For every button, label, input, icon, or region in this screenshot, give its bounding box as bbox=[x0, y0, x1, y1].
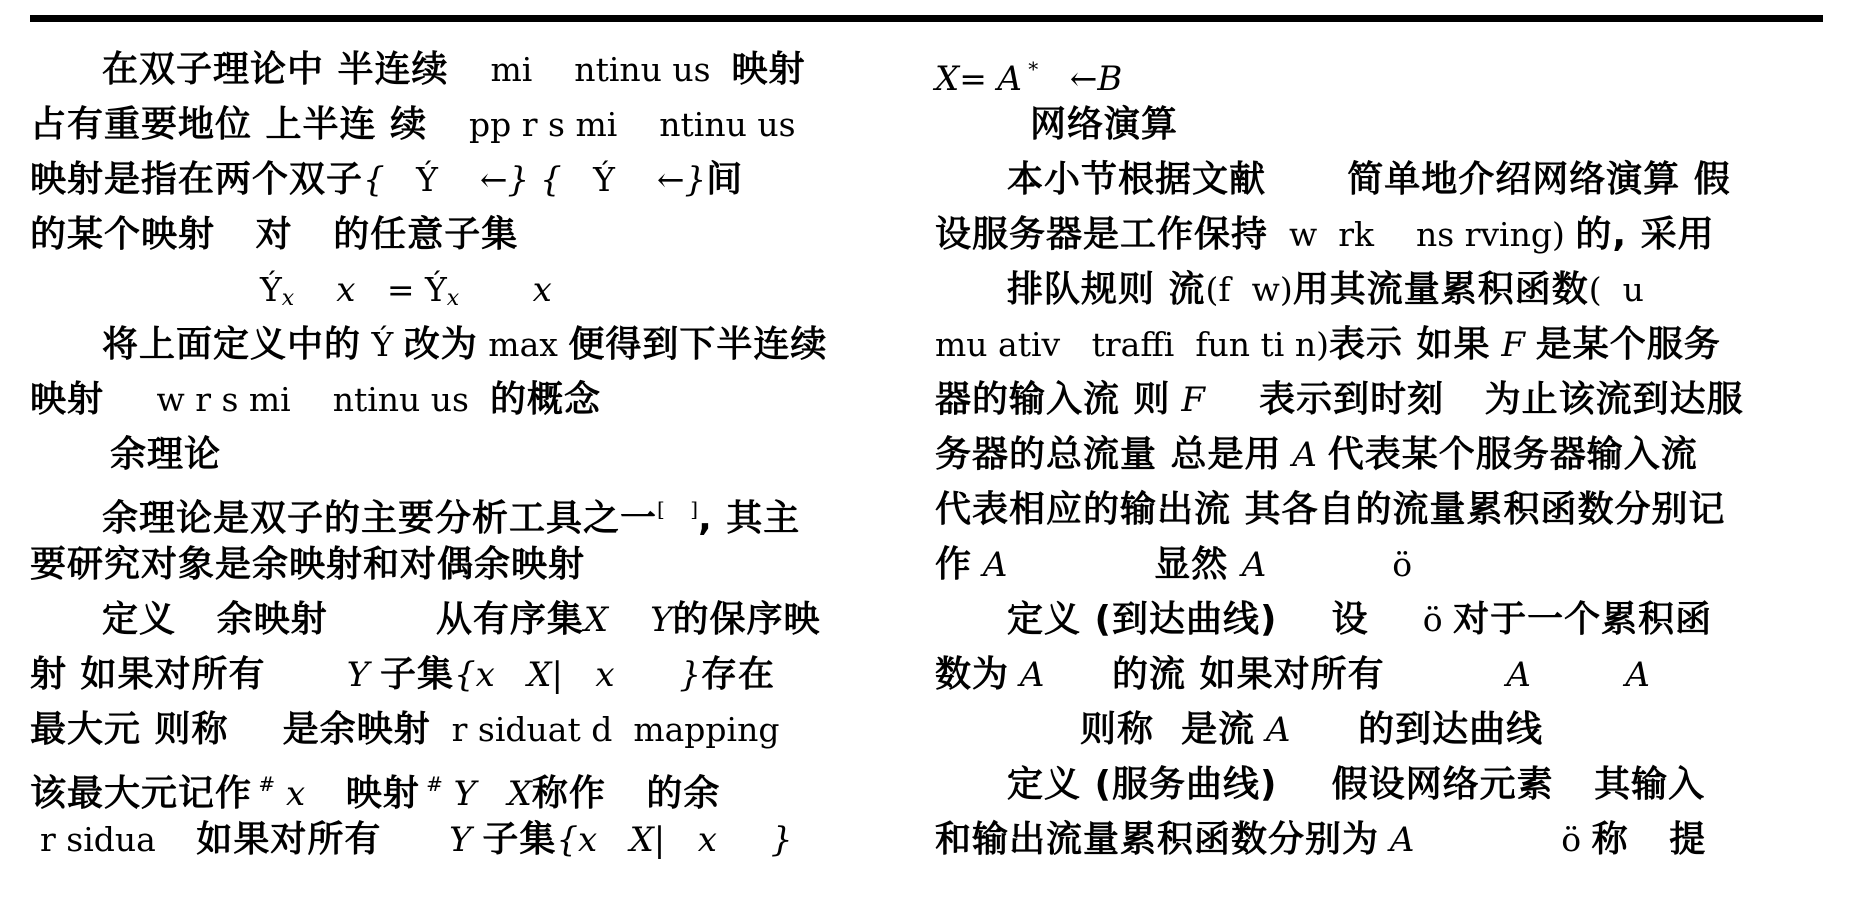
text-segment: w rk ns rving) bbox=[1268, 215, 1575, 254]
text-line: 定义 余映射 从有序集X Y的保序映 bbox=[30, 592, 930, 647]
text-segment: 显然 bbox=[1154, 544, 1242, 585]
text-segment: Y bbox=[443, 774, 476, 814]
text-segment: 映射是指在两个双子 bbox=[30, 159, 363, 200]
text-segment: 射 如果对所有 bbox=[30, 654, 347, 695]
text-segment: 子集 bbox=[380, 654, 454, 695]
text-segment: 存在 bbox=[701, 654, 775, 695]
text-segment: x bbox=[275, 774, 305, 814]
text-segment: (f w) bbox=[1206, 270, 1293, 309]
text-line: X= A * ←B bbox=[935, 42, 1860, 97]
text-segment: A bbox=[997, 59, 1022, 99]
text-segment: 表示到时刻 为止该流到达服 bbox=[1205, 379, 1744, 420]
text-line: 定义 (到达曲线) 设 ö 对于一个累积函 bbox=[935, 592, 1860, 647]
text-segment: 定义 余映射 从有序集 bbox=[102, 599, 584, 640]
text-segment: 表示 如果 bbox=[1329, 324, 1491, 365]
text-segment: 将上面定义中的 bbox=[102, 324, 361, 365]
text-segment: ö bbox=[1423, 600, 1453, 639]
text-segment bbox=[476, 774, 507, 813]
text-segment: x bbox=[533, 270, 552, 310]
text-segment: 最大元 则称 是余映射 bbox=[30, 709, 431, 750]
text-segment: 的流 如果对所有 bbox=[1044, 654, 1506, 695]
text-segment: 称 提 bbox=[1592, 819, 1707, 860]
text-segment: A bbox=[1506, 655, 1531, 695]
text-line: 在双子理论中 半连续 mi ntinu us 映射 bbox=[30, 42, 930, 97]
text-segment: 余理论是双子的主要分析工具之一 bbox=[102, 498, 657, 539]
text-segment: * bbox=[1022, 57, 1038, 81]
text-segment: 改为 bbox=[404, 324, 478, 365]
text-line: 作 A 显然 A ö bbox=[935, 537, 1860, 592]
text-line: 则称 是流 A 的到达曲线 bbox=[935, 702, 1860, 757]
text-segment: A bbox=[1009, 655, 1044, 695]
text-line: 本小节根据文献 简单地介绍网络演算 假 bbox=[935, 152, 1860, 207]
text-segment: F bbox=[1491, 325, 1536, 365]
text-segment: 用其流量累积函数 bbox=[1293, 269, 1589, 310]
text-segment: 子集 bbox=[482, 819, 556, 860]
text-segment: ö bbox=[1561, 820, 1591, 859]
text-segment: 是某个服务 bbox=[1536, 324, 1721, 365]
text-line: 定义 (服务曲线) 假设网络元素 其输入 bbox=[935, 757, 1860, 812]
right-text-column: X= A * ←B网络演算本小节根据文献 简单地介绍网络演算 假设服务器是工作保… bbox=[935, 42, 1860, 867]
text-segment: 排队规则 流 bbox=[1007, 269, 1206, 310]
text-segment: 的概念 bbox=[490, 379, 601, 420]
text-segment: 的保序映 bbox=[673, 599, 821, 640]
text-segment: max bbox=[478, 325, 569, 364]
text-segment: 本小节根据文献 简单地介绍网络演算 假 bbox=[1007, 159, 1731, 200]
text-line: 要研究对象是余映射和对偶余映射 bbox=[30, 537, 930, 592]
text-segment: 映射 bbox=[30, 379, 104, 420]
text-segment: 间 bbox=[706, 159, 743, 200]
text-segment bbox=[1007, 545, 1154, 584]
text-line: 映射是指在两个双子{ Ý ←} { Ý ←}间 bbox=[30, 152, 930, 207]
text-segment: 则称 是流 bbox=[1080, 709, 1255, 750]
text-segment: {x X| x } bbox=[556, 820, 792, 860]
text-segment: = Ý bbox=[355, 270, 446, 309]
text-segment: 便得到下半连续 bbox=[568, 324, 827, 365]
text-segment: 称作 的余 bbox=[532, 773, 721, 814]
text-segment: 定义 (到达曲线) 设 bbox=[1007, 599, 1423, 640]
text-line: 最大元 则称 是余映射 r siduat d mapping bbox=[30, 702, 930, 757]
text-segment: 代表某个服务器输入流 bbox=[1328, 434, 1698, 475]
text-line: 该最大元记作 # x 映射 # Y X称作 的余 bbox=[30, 757, 930, 812]
text-segment: 要研究对象是余映射和对偶余映射 bbox=[30, 544, 585, 585]
text-line: 代表相应的输出流 其各自的流量累积函数分别记 bbox=[935, 482, 1860, 537]
text-segment: # bbox=[252, 772, 275, 796]
text-line: 射 如果对所有 Y 子集{x X| x }存在 bbox=[30, 647, 930, 702]
text-line: 占有重要地位 上半连 续 pp r s mi ntinu us bbox=[30, 97, 930, 152]
text-line: 排队规则 流(f w)用其流量累积函数( u bbox=[935, 262, 1860, 317]
text-segment: r siduat d mapping bbox=[431, 710, 780, 749]
text-line: 将上面定义中的 Ý 改为 max 便得到下半连续 bbox=[30, 317, 930, 372]
text-segment: } { bbox=[508, 160, 562, 200]
text-segment: w r s mi ntinu us bbox=[104, 380, 490, 419]
text-segment: ö bbox=[1392, 545, 1412, 584]
text-segment: = bbox=[959, 59, 997, 98]
text-line: 数为 A 的流 如果对所有 A A bbox=[935, 647, 1860, 702]
text-segment: B bbox=[1097, 59, 1122, 99]
text-segment: 映射 bbox=[305, 773, 420, 814]
text-segment: pp r s mi ntinu us bbox=[427, 105, 795, 144]
text-line: mu ativ traffi fun ti n)表示 如果 F 是某个服务 bbox=[935, 317, 1860, 372]
text-segment bbox=[1414, 820, 1561, 859]
text-segment: Y bbox=[650, 600, 672, 640]
text-segment: mu ativ traffi fun ti n) bbox=[935, 325, 1329, 364]
text-segment: 设服务器是工作保持 bbox=[935, 214, 1268, 255]
text-segment: , 其主 bbox=[698, 498, 800, 539]
top-rule bbox=[30, 15, 1823, 22]
text-segment: x bbox=[336, 270, 355, 310]
text-line: 的某个映射 对 的任意子集 bbox=[30, 207, 930, 262]
text-segment: Ý bbox=[361, 325, 404, 364]
text-line: 设服务器是工作保持 w rk ns rving) 的, 采用 bbox=[935, 207, 1860, 262]
text-segment: [ ] bbox=[657, 497, 698, 521]
text-segment bbox=[1531, 655, 1625, 694]
text-segment: x bbox=[447, 286, 459, 311]
text-line: r sidua 如果对所有 Y 子集{x X| x } bbox=[30, 812, 930, 867]
text-segment: 的某个映射 对 的任意子集 bbox=[30, 214, 518, 255]
text-line: 务器的总流量 总是用 A 代表某个服务器输入流 bbox=[935, 427, 1860, 482]
text-segment: A bbox=[1625, 655, 1650, 695]
text-segment: 余理论 bbox=[110, 434, 221, 475]
scanned-paper-page: { "page": { "background": "#ffffff", "te… bbox=[0, 0, 1865, 900]
text-segment: A bbox=[1255, 710, 1290, 750]
text-segment: 定义 (服务曲线) 假设网络元素 其输入 bbox=[1007, 764, 1705, 805]
text-segment: A bbox=[972, 545, 1007, 585]
text-segment: 映射 bbox=[732, 49, 806, 90]
text-segment: F bbox=[1171, 380, 1205, 420]
text-segment: x bbox=[282, 286, 294, 311]
text-segment: A bbox=[1242, 545, 1267, 585]
text-segment bbox=[1266, 545, 1392, 584]
text-line: Ýx x = Ýx x bbox=[30, 262, 930, 317]
text-segment: A bbox=[1282, 435, 1328, 475]
text-segment: 器的输入流 则 bbox=[935, 379, 1171, 420]
text-segment: 的到达曲线 bbox=[1290, 709, 1543, 750]
text-line: 和输出流量累积函数分别为 A ö 称 提 bbox=[935, 812, 1860, 867]
text-segment: ← bbox=[1038, 59, 1097, 98]
text-line: 余理论 bbox=[30, 427, 930, 482]
text-segment: 代表相应的输出流 其各自的流量累积函数分别记 bbox=[935, 489, 1726, 530]
text-segment: 对于一个累积函 bbox=[1453, 599, 1712, 640]
left-text-column: 在双子理论中 半连续 mi ntinu us 映射占有重要地位 上半连 续 pp… bbox=[30, 42, 930, 867]
text-segment: } bbox=[684, 160, 706, 200]
text-segment: {x X| x } bbox=[454, 655, 701, 695]
text-segment: A bbox=[1379, 820, 1414, 860]
text-segment: 数为 bbox=[935, 654, 1009, 695]
text-line: 映射 w r s mi ntinu us 的概念 bbox=[30, 372, 930, 427]
text-segment: mi ntinu us bbox=[449, 50, 732, 89]
text-segment: Y bbox=[449, 820, 482, 860]
text-line: 器的输入流 则 F 表示到时刻 为止该流到达服 bbox=[935, 372, 1860, 427]
text-line: 余理论是双子的主要分析工具之一[ ], 其主 bbox=[30, 482, 930, 537]
text-line: 网络演算 bbox=[935, 97, 1860, 152]
text-segment: 在双子理论中 半连续 bbox=[102, 49, 449, 90]
text-segment bbox=[459, 270, 532, 309]
text-segment: 作 bbox=[935, 544, 972, 585]
text-segment: { bbox=[363, 160, 385, 200]
text-segment: Y bbox=[347, 655, 380, 695]
text-segment: # bbox=[420, 772, 443, 796]
text-segment: 务器的总流量 总是用 bbox=[935, 434, 1282, 475]
text-segment: 该最大元记作 bbox=[30, 773, 252, 814]
text-segment: r sidua bbox=[40, 820, 156, 859]
text-segment: Ý ← bbox=[385, 160, 508, 199]
text-segment: X bbox=[508, 774, 532, 814]
text-segment bbox=[294, 270, 336, 309]
text-segment: X bbox=[935, 59, 959, 99]
text-segment: 如果对所有 bbox=[156, 819, 449, 860]
text-segment: Ý bbox=[260, 270, 282, 309]
text-segment: Ý ← bbox=[562, 160, 685, 199]
text-segment: X bbox=[584, 600, 608, 640]
text-segment: 的, 采用 bbox=[1575, 214, 1714, 255]
text-segment: 网络演算 bbox=[1030, 104, 1178, 145]
text-segment bbox=[608, 600, 650, 639]
text-segment: 和输出流量累积函数分别为 bbox=[935, 819, 1379, 860]
text-segment: ( u bbox=[1589, 270, 1644, 309]
text-segment: 占有重要地位 上半连 续 bbox=[30, 104, 427, 145]
